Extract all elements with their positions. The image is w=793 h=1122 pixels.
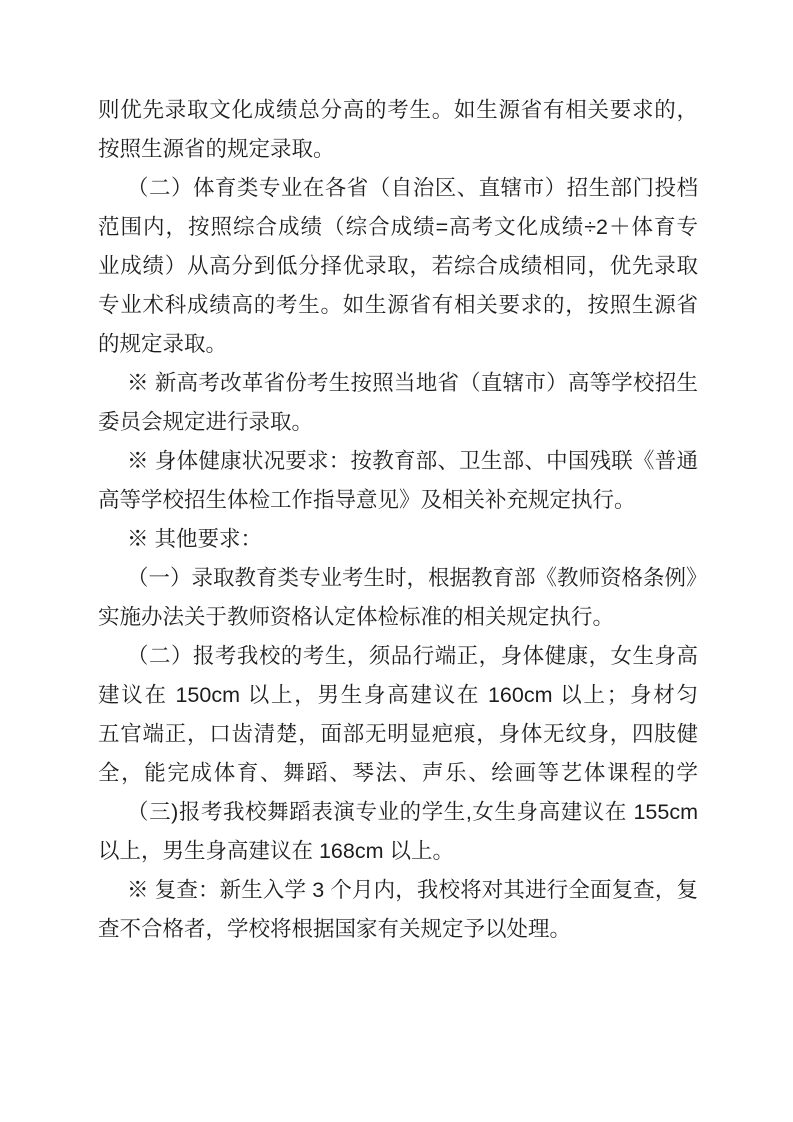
paragraph: ※ 身体健康状况要求：按教育部、卫生部、中国残联《普通高等学校招生体检工作指导意… <box>98 442 698 520</box>
text-line: 则优先录取文化成绩总分高的考生。如生源省有相关要求的， <box>98 91 698 130</box>
text-line: 的规定录取。 <box>98 325 698 364</box>
text-line: ※ 其他要求： <box>98 520 698 559</box>
text-line: （二）报考我校的考生，须品行端正，身体健康，女生身高 <box>98 637 698 676</box>
text-line: 范围内，按照综合成绩（综合成绩=高考文化成绩÷2＋体育专 <box>98 208 698 247</box>
paragraph: （三)报考我校舞蹈表演专业的学生,女生身高建议在 155cm以上，男生身高建议在… <box>98 793 698 871</box>
text-line: 委员会规定进行录取。 <box>98 403 698 442</box>
text-line: 专业术科成绩高的考生。如生源省有相关要求的，按照生源省 <box>98 286 698 325</box>
text-line: ※ 身体健康状况要求：按教育部、卫生部、中国残联《普通 <box>98 442 698 481</box>
paragraph: 则优先录取文化成绩总分高的考生。如生源省有相关要求的，按照生源省的规定录取。 <box>98 91 698 169</box>
text-line: 建议在 150cm 以上，男生身高建议在 160cm 以上；身材匀称、 <box>98 676 698 715</box>
document-page: 则优先录取文化成绩总分高的考生。如生源省有相关要求的，按照生源省的规定录取。（二… <box>0 0 793 1122</box>
text-line: （三)报考我校舞蹈表演专业的学生,女生身高建议在 155cm <box>98 793 698 832</box>
paragraph: ※ 复查：新生入学 3 个月内，我校将对其进行全面复查，复查不合格者，学校将根据… <box>98 871 698 949</box>
text-line: 查不合格者，学校将根据国家有关规定予以处理。 <box>98 910 698 949</box>
text-line: 全，能完成体育、舞蹈、琴法、声乐、绘画等艺体课程的学习。 <box>98 754 698 793</box>
text-line: 以上，男生身高建议在 168cm 以上。 <box>98 832 698 871</box>
text-line: （二）体育类专业在各省（自治区、直辖市）招生部门投档 <box>98 169 698 208</box>
paragraph: ※ 新高考改革省份考生按照当地省（直辖市）高等学校招生委员会规定进行录取。 <box>98 364 698 442</box>
text-line: ※ 新高考改革省份考生按照当地省（直辖市）高等学校招生 <box>98 364 698 403</box>
paragraph: ※ 其他要求： <box>98 520 698 559</box>
text-line: 五官端正，口齿清楚，面部无明显疤痕，身体无纹身，四肢健 <box>98 715 698 754</box>
text-line: （一）录取教育类专业考生时，根据教育部《教师资格条例》 <box>98 559 698 598</box>
text-line: 业成绩）从高分到低分择优录取，若综合成绩相同，优先录取 <box>98 247 698 286</box>
paragraph: （一）录取教育类专业考生时，根据教育部《教师资格条例》实施办法关于教师资格认定体… <box>98 559 698 637</box>
paragraph: （二）报考我校的考生，须品行端正，身体健康，女生身高建议在 150cm 以上，男… <box>98 637 698 793</box>
text-line: ※ 复查：新生入学 3 个月内，我校将对其进行全面复查，复 <box>98 871 698 910</box>
paragraph: （二）体育类专业在各省（自治区、直辖市）招生部门投档范围内，按照综合成绩（综合成… <box>98 169 698 364</box>
document-body: 则优先录取文化成绩总分高的考生。如生源省有相关要求的，按照生源省的规定录取。（二… <box>98 91 698 949</box>
text-line: 按照生源省的规定录取。 <box>98 130 698 169</box>
text-line: 高等学校招生体检工作指导意见》及相关补充规定执行。 <box>98 481 698 520</box>
text-line: 实施办法关于教师资格认定体检标准的相关规定执行。 <box>98 598 698 637</box>
